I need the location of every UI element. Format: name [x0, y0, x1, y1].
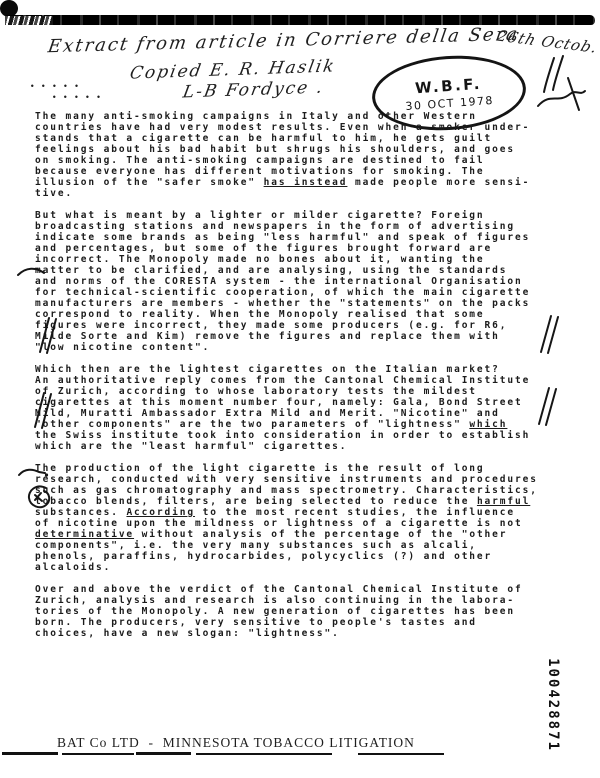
text-line: for technical-scientific cooperation, of… [35, 287, 575, 298]
text-line: feelings about his bad habit but shrugs … [35, 144, 575, 155]
text-line: research, conducted with very sensitive … [35, 474, 575, 485]
text-line: countries have had very modest results. … [35, 122, 575, 133]
text-line: phenols, paraffins, hydrocarbides, polyc… [35, 551, 575, 562]
text-line: illusion of the "safer smoke" has instea… [35, 177, 575, 188]
text-line: of nicotine upon the mildness or lightne… [35, 518, 575, 529]
handwritten-note-line1: Extract from article in Corriere della S… [47, 24, 521, 57]
text-line: Over and above the verdict of the Canton… [35, 584, 575, 595]
handwritten-note-line3: L-B Fordyce . [181, 77, 326, 102]
paragraph: Which then are the lightest cigarettes o… [35, 364, 575, 452]
footer-rule-segment [358, 753, 444, 755]
text-line: tories of the Monopoly. A new generation… [35, 606, 575, 617]
text-line: of Zurich, according to whose laboratory… [35, 386, 575, 397]
text-line: Milde Sorte and Kim) remove the figures … [35, 331, 575, 342]
text-line: determinative without analysis of the pe… [35, 529, 575, 540]
footer-rule-segment [2, 752, 58, 755]
text-line: alcaloids. [35, 562, 575, 573]
paragraph: The production of the light cigarette is… [35, 463, 575, 573]
text-line: stands that a cigarette can be harmful t… [35, 133, 575, 144]
double-slash-right-lower-mark [535, 386, 557, 430]
text-line: correspond to reality. When the Monopoly… [35, 309, 575, 320]
text-line: and norms of the CORESTA system - the in… [35, 276, 575, 287]
text-line: such as gas chromatography and mass spec… [35, 485, 575, 496]
double-slash-right-upper-mark [537, 314, 559, 358]
body-text: The many anti-smoking campaigns in Italy… [35, 111, 575, 650]
text-line: An authoritative reply comes from the Ca… [35, 375, 575, 386]
text-line: broadcasting stations and newspapers in … [35, 221, 575, 232]
footer-label: BAT Co LTD - MINNESOTA TOBACCO LITIGATIO… [57, 735, 415, 751]
scanned-document-page: Extract from article in Corriere della S… [0, 0, 600, 778]
text-line: "other components" are the two parameter… [35, 419, 575, 430]
text-line: tive. [35, 188, 575, 199]
text-line: tobacco blends, filters, are being selec… [35, 496, 575, 507]
handwritten-dots-b: . . . . . [52, 87, 102, 102]
scan-artifact-fray [5, 16, 53, 25]
text-line: "low nicotine content". [35, 342, 575, 353]
text-line: matter to be clarified, and are analysin… [35, 265, 575, 276]
double-slash-left-upper-mark [36, 316, 58, 358]
bates-number: 100428871 [545, 655, 561, 755]
arc-mark [16, 262, 46, 281]
footer-rule-segment [62, 753, 134, 755]
text-line: choices, have a new slogan: "lightness". [35, 628, 575, 639]
text-line: Zurich, analysis and research is also co… [35, 595, 575, 606]
arrow-mark [17, 463, 49, 482]
stamp-initials: W.B.F. [414, 74, 482, 97]
footer-rule-segment [196, 753, 332, 755]
paragraph: But what is meant by a lighter or milder… [35, 210, 575, 353]
text-line: But what is meant by a lighter or milder… [35, 210, 575, 221]
text-line: The many anti-smoking campaigns in Italy… [35, 111, 575, 122]
text-line: figures were incorrect, they made some p… [35, 320, 575, 331]
text-line: because everyone has different motivatio… [35, 166, 575, 177]
text-line: born. The producers, very sensitive to p… [35, 617, 575, 628]
text-line: the Swiss institute took into considerat… [35, 430, 575, 441]
text-line: substances. According to the most recent… [35, 507, 575, 518]
text-line: Which then are the lightest cigarettes o… [35, 364, 575, 375]
paragraph: The many anti-smoking campaigns in Italy… [35, 111, 575, 199]
text-line: Mild, Muratti Ambassador Extra Mild and … [35, 408, 575, 419]
text-line: The production of the light cigarette is… [35, 463, 575, 474]
text-line: on smoking. The anti-smoking campaigns a… [35, 155, 575, 166]
text-line: which are the "least harmful" cigarettes… [35, 441, 575, 452]
text-line: indicate some brands as being "less harm… [35, 232, 575, 243]
circle-scribble-mark [25, 483, 53, 515]
double-slash-left-lower-mark [31, 391, 53, 433]
footer-rule-segment [136, 752, 191, 755]
paragraph: Over and above the verdict of the Canton… [35, 584, 575, 639]
text-line: and percentages, but some of the figures… [35, 243, 575, 254]
text-line: manufacturers are members - whether the … [35, 298, 575, 309]
text-line: incorrect. The Monopoly made no bones ab… [35, 254, 575, 265]
text-line: components", i.e. the very many substanc… [35, 540, 575, 551]
text-line: cigarettes at this moment number four, n… [35, 397, 575, 408]
